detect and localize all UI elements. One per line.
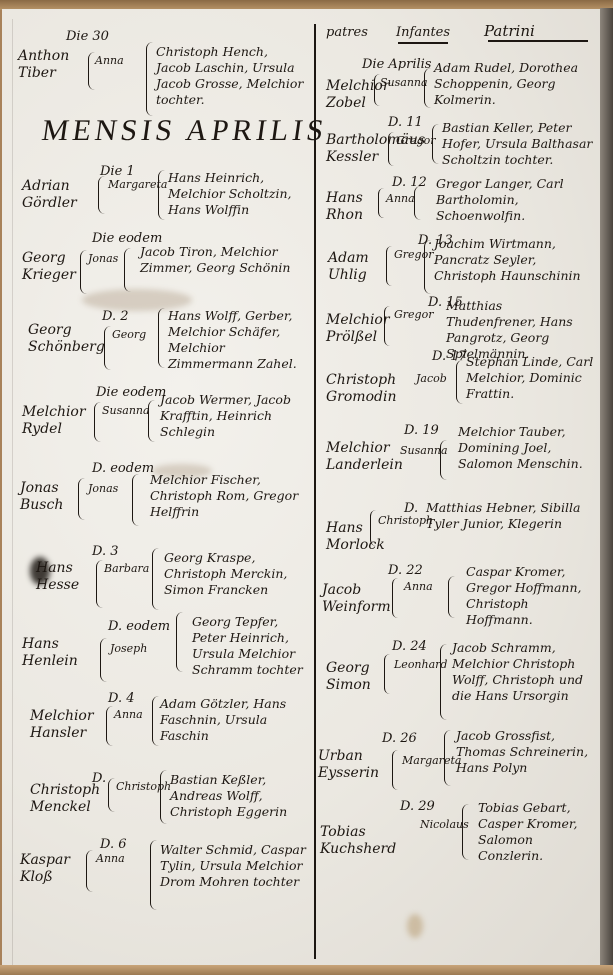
header-patres: patres bbox=[326, 26, 368, 39]
brace-icon bbox=[444, 730, 451, 786]
entry-father: Melchior Prölßel bbox=[326, 312, 376, 346]
header-patrini: Patrini bbox=[484, 24, 535, 39]
entry-patrini: Jacob Grossfist, Thomas Schreinerin, Han… bbox=[456, 728, 598, 776]
paper-stain bbox=[407, 914, 423, 938]
brace-icon bbox=[108, 778, 115, 812]
entry-father: Jacob Weinform bbox=[322, 582, 392, 616]
entry-date: D. 26 bbox=[382, 732, 417, 745]
entry-date: D. 29 bbox=[400, 800, 435, 813]
brace-icon bbox=[424, 68, 431, 108]
entry-father: Kaspar Kloß bbox=[20, 852, 90, 886]
entry-patrini: Bastian Keßler, Andreas Wolff, Christoph… bbox=[170, 772, 308, 820]
brace-icon bbox=[124, 248, 131, 292]
entry-child: Leonhard bbox=[394, 658, 426, 671]
brace-icon bbox=[160, 770, 167, 824]
month-heading: MENSIS APRILIS bbox=[40, 116, 329, 146]
entry-patrini: Stephan Linde, Carl Melchior, Dominic Fr… bbox=[466, 354, 596, 402]
entry-date: D. 24 bbox=[392, 640, 427, 653]
brace-icon bbox=[78, 478, 85, 520]
entry-child: Susanna bbox=[380, 76, 412, 89]
entry-child: Susanna bbox=[400, 444, 432, 457]
entry-patrini: Jacob Tiron, Melchior Zimmer, Georg Schö… bbox=[140, 244, 308, 276]
entry-child: Gregor bbox=[394, 308, 426, 321]
entry-child: Jonas bbox=[88, 252, 120, 265]
entry-patrini: Georg Kraspe, Christoph Merckin, Simon F… bbox=[164, 550, 308, 598]
entry-patrini: Tobias Gebart, Casper Kromer, Salomon Co… bbox=[478, 800, 602, 864]
entry-father: Hans Morlock bbox=[326, 520, 376, 554]
entry-child: Gregor bbox=[396, 134, 428, 147]
entry-father: Georg Schönberg bbox=[28, 322, 98, 356]
entry-child: Jacob bbox=[416, 372, 448, 385]
entry-date: Die Aprilis bbox=[362, 58, 431, 71]
column-divider bbox=[314, 24, 316, 959]
entry-date: Die 1 bbox=[100, 165, 135, 178]
entry-patrini: Bastian Keller, Peter Hofer, Ursula Balt… bbox=[442, 120, 594, 168]
entry-patrini: Adam Götzler, Hans Faschnin, Ursula Fasc… bbox=[160, 696, 308, 744]
entry-child: Joseph bbox=[110, 642, 142, 655]
entry-father: Christoph Gromodin bbox=[326, 372, 386, 406]
entry-date: D. eodem bbox=[108, 620, 170, 633]
header-underline bbox=[488, 40, 588, 42]
entry-patrini: Joachim Wirtmann, Pancratz Seyler, Chris… bbox=[434, 236, 594, 284]
entry-child: Christoph bbox=[116, 780, 148, 793]
brace-icon bbox=[440, 644, 447, 720]
entry-father: Georg Simon bbox=[326, 660, 376, 694]
entry-child: Georg bbox=[112, 328, 144, 341]
entry-father: Adam Uhlig bbox=[328, 250, 376, 284]
entry-child: Anna bbox=[96, 852, 128, 865]
brace-icon bbox=[456, 360, 463, 404]
entry-patrini: Hans Heinrich, Melchior Scholtzin, Hans … bbox=[168, 170, 308, 218]
entry-father: Melchior Landerlein bbox=[326, 440, 402, 474]
brace-icon bbox=[98, 176, 105, 214]
entry-patrini: Melchior Tauber, Domining Joel, Salomon … bbox=[458, 424, 594, 472]
entry-child: Christoph bbox=[378, 514, 410, 527]
entry-date: D. eodem bbox=[92, 462, 154, 475]
entry-father: Christoph Menckel bbox=[30, 782, 100, 816]
entry-patrini: Caspar Kromer, Gregor Hoffmann, Christop… bbox=[466, 564, 598, 628]
brace-icon bbox=[158, 170, 165, 220]
entry-child: Jonas bbox=[88, 482, 120, 495]
entry-date: D. 12 bbox=[392, 176, 427, 189]
entry-patrini: Jacob Schramm, Melchior Christoph Wolff,… bbox=[452, 640, 598, 704]
entry-date: D. 22 bbox=[388, 564, 423, 577]
brace-icon bbox=[440, 440, 447, 480]
entry-patrini: Christoph Hench, Jacob Laschin, Ursula J… bbox=[156, 44, 306, 108]
brace-icon bbox=[462, 804, 469, 860]
brace-icon bbox=[384, 306, 390, 346]
brace-icon bbox=[146, 42, 153, 116]
entry-child: Anna bbox=[404, 580, 436, 593]
brace-icon bbox=[448, 576, 455, 618]
brace-icon bbox=[176, 612, 183, 672]
entry-patrini: Matthias Thudenfrener, Hans Pangrotz, Ge… bbox=[446, 298, 596, 362]
entry-patrini: Matthias Hebner, Sibilla Tyler Junior, K… bbox=[426, 500, 598, 532]
entry-child: Nicolaus bbox=[420, 818, 452, 831]
brace-icon bbox=[100, 638, 107, 682]
brace-icon bbox=[132, 474, 139, 526]
entry-patrini: Jacob Wermer, Jacob Krafftin, Heinrich S… bbox=[160, 392, 308, 440]
page-margin bbox=[12, 19, 13, 969]
entry-father: Anthon Tiber bbox=[18, 48, 88, 82]
entry-father: Melchior Rydel bbox=[22, 404, 92, 438]
brace-icon bbox=[370, 510, 376, 546]
brace-icon bbox=[106, 706, 113, 746]
brace-icon bbox=[432, 124, 439, 164]
header-infantes: Infantes bbox=[396, 26, 450, 39]
brace-icon bbox=[386, 246, 392, 286]
entry-father: Bartholomäus Kessler bbox=[326, 132, 374, 166]
brace-icon bbox=[80, 250, 87, 294]
brace-icon bbox=[152, 548, 159, 610]
brace-icon bbox=[150, 840, 157, 910]
entry-date: D. 3 bbox=[92, 545, 119, 558]
entry-father: Hans Rhon bbox=[326, 190, 374, 224]
entry-child: Margareta bbox=[108, 178, 140, 191]
entry-father: Melchior Zobel bbox=[326, 78, 374, 112]
entry-child: Barbara bbox=[104, 562, 136, 575]
entry-father: Hans Henlein bbox=[22, 636, 92, 670]
entry-father: Urban Eysserin bbox=[318, 748, 374, 782]
entry-father: Adrian Gördler bbox=[22, 178, 92, 212]
brace-icon bbox=[148, 400, 155, 442]
scan-frame-bottom bbox=[0, 965, 613, 975]
brace-icon bbox=[88, 52, 95, 90]
brace-icon bbox=[152, 696, 159, 746]
entry-child: Gregor bbox=[394, 248, 426, 261]
entry-patrini: Melchior Fischer, Christoph Rom, Gregor … bbox=[150, 472, 308, 520]
entry-child: Anna bbox=[114, 708, 146, 721]
brace-icon bbox=[388, 132, 394, 166]
entry-child: Margareta bbox=[402, 754, 434, 767]
brace-icon bbox=[392, 750, 398, 790]
entry-patrini: Walter Schmid, Caspar Tylin, Ursula Melc… bbox=[160, 842, 308, 890]
entry-date: D. 11 bbox=[388, 116, 423, 129]
brace-icon bbox=[86, 850, 93, 892]
brace-icon bbox=[424, 240, 431, 294]
brace-icon bbox=[414, 186, 421, 220]
brace-icon bbox=[158, 308, 165, 368]
entry-father: Melchior Hansler bbox=[30, 708, 100, 742]
entry-child: Susanna bbox=[102, 404, 134, 417]
entry-date: Die eodem bbox=[96, 386, 166, 399]
header-underline bbox=[398, 42, 448, 44]
entry-date: Die 30 bbox=[66, 30, 109, 43]
entry-child: Anna bbox=[95, 54, 127, 67]
entry-patrini: Gregor Langer, Carl Bartholomin, Schoenw… bbox=[436, 176, 596, 224]
entry-patrini: Georg Tepfer, Peter Heinrich, Ursula Mel… bbox=[192, 614, 310, 678]
brace-icon bbox=[94, 402, 101, 442]
entry-patrini: Adam Rudel, Dorothea Schoppenin, Georg K… bbox=[434, 60, 594, 108]
brace-icon bbox=[96, 560, 103, 608]
entry-date: D. 6 bbox=[100, 838, 127, 851]
entry-father: Tobias Kuchsherd bbox=[320, 824, 390, 858]
entry-date: D. 2 bbox=[102, 310, 129, 323]
brace-icon bbox=[378, 188, 384, 218]
brace-icon bbox=[104, 326, 111, 370]
brace-icon bbox=[384, 654, 390, 694]
entry-date: D. 4 bbox=[108, 692, 135, 705]
brace-icon bbox=[392, 578, 398, 618]
entry-patrini: Hans Wolff, Gerber, Melchior Schäfer, Me… bbox=[168, 308, 308, 372]
entry-date: D. 19 bbox=[404, 424, 439, 437]
